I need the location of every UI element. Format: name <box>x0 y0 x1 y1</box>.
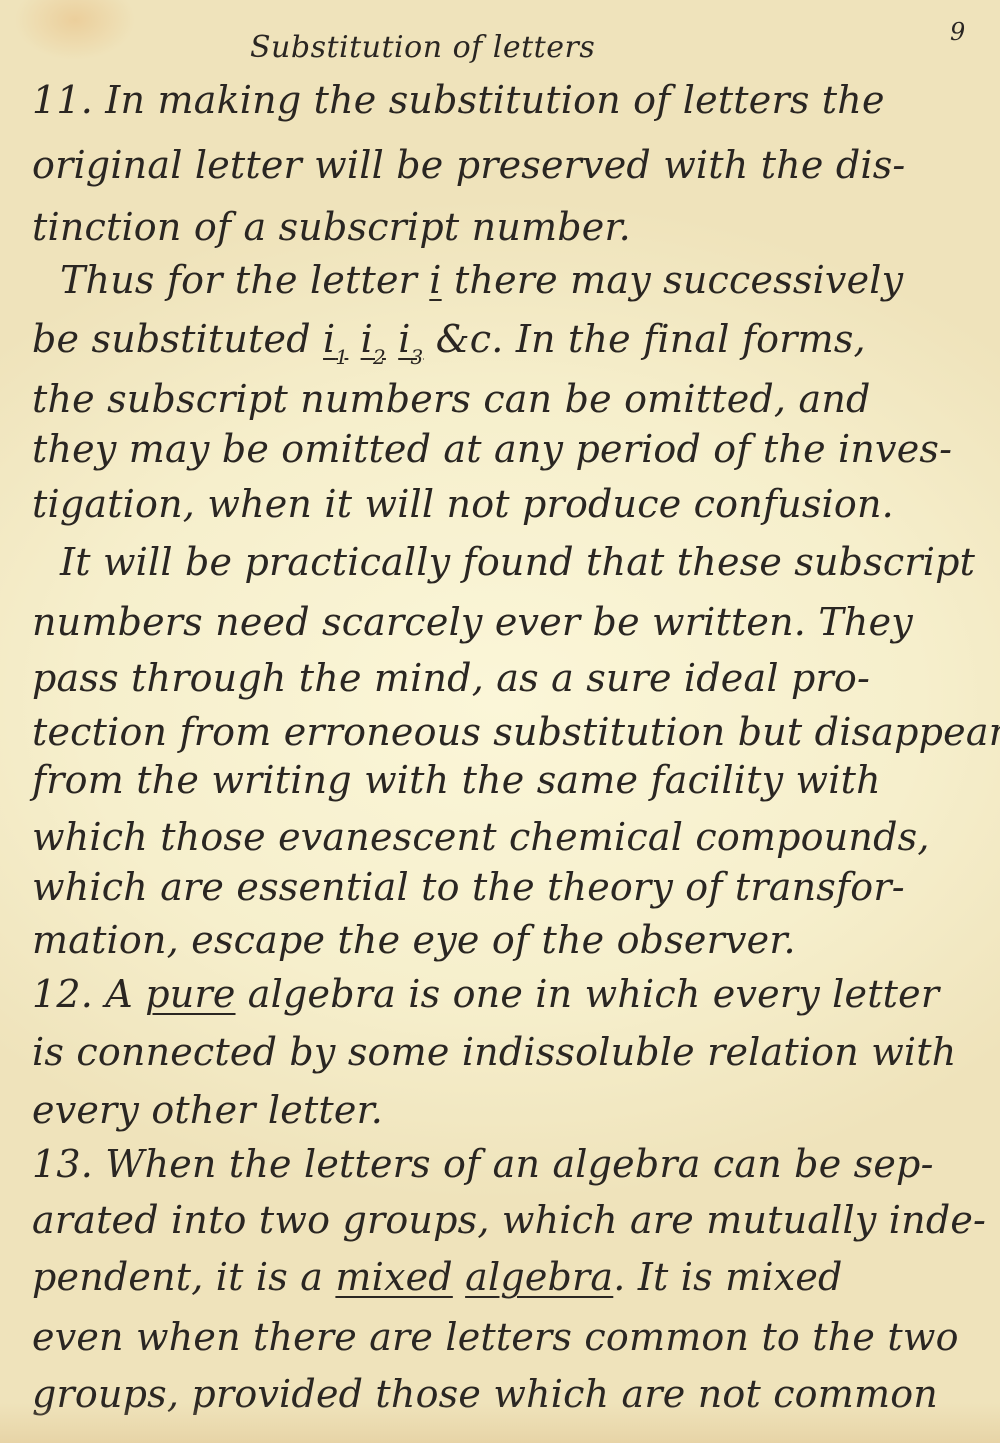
text-line: they may be omitted at any period of the… <box>32 427 952 471</box>
text-line: every other letter. <box>32 1088 383 1132</box>
text-line: 12. A pure algebra is one in which every… <box>32 972 939 1016</box>
text-fragment: . It is mixed <box>613 1255 842 1299</box>
text-line: 13. When the letters of an algebra can b… <box>32 1142 934 1186</box>
text-line: is connected by some indissoluble relati… <box>32 1030 956 1074</box>
underlined-term-algebra: algebra <box>465 1255 613 1299</box>
symbol-i-2: i2 <box>361 317 386 361</box>
text-line: 11. In making the substitution of letter… <box>32 78 885 122</box>
underlined-term-mixed: mixed <box>335 1255 452 1299</box>
text-fragment: Thus for the letter <box>60 258 417 302</box>
text-line: tigation, when it will not produce confu… <box>32 482 894 526</box>
text-line: the subscript numbers can be omitted, an… <box>32 377 871 421</box>
text-line: tection from erroneous substitution but … <box>32 710 1000 754</box>
manuscript-page: 9 Substitution of letters 11. In making … <box>0 0 1000 1443</box>
symbol-i: i <box>429 258 441 302</box>
text-line: even when there are letters common to th… <box>32 1315 959 1359</box>
text-line: which those evanescent chemical compound… <box>32 815 930 859</box>
text-line: which are essential to the theory of tra… <box>32 865 905 909</box>
text-fragment: 12. A <box>32 972 133 1016</box>
symbol-i-3: i3 <box>398 317 423 361</box>
page-edge-shadow <box>0 1403 1000 1443</box>
symbol-i-1: i1 <box>323 317 348 361</box>
text-fragment: be substituted <box>32 317 311 361</box>
text-line: pendent, it is a mixed algebra. It is mi… <box>32 1255 843 1299</box>
text-line: arated into two groups, which are mutual… <box>32 1198 986 1242</box>
text-line: be substituted i1 i2 i3 &c. In the final… <box>32 317 866 369</box>
text-line: mation, escape the eye of the observer. <box>32 918 796 962</box>
text-line: pass through the mind, as a sure ideal p… <box>32 656 870 700</box>
page-heading: Substitution of letters <box>250 30 595 65</box>
text-fragment: algebra is one in which every letter <box>248 972 939 1016</box>
underlined-term-pure: pure <box>145 972 235 1016</box>
text-line: numbers need scarcely ever be written. T… <box>32 600 913 644</box>
text-fragment: there may successively <box>454 258 903 302</box>
text-line: It will be practically found that these … <box>60 540 975 584</box>
text-fragment: pendent, it is a <box>32 1255 323 1299</box>
text-fragment: &c. In the final forms, <box>436 317 866 361</box>
text-line: Thus for the letter i there may successi… <box>60 258 903 302</box>
text-line: original letter will be preserved with t… <box>32 143 905 187</box>
text-line: from the writing with the same facility … <box>32 758 881 802</box>
text-line: tinction of a subscript number. <box>32 205 631 249</box>
page-number: 9 <box>950 18 965 46</box>
